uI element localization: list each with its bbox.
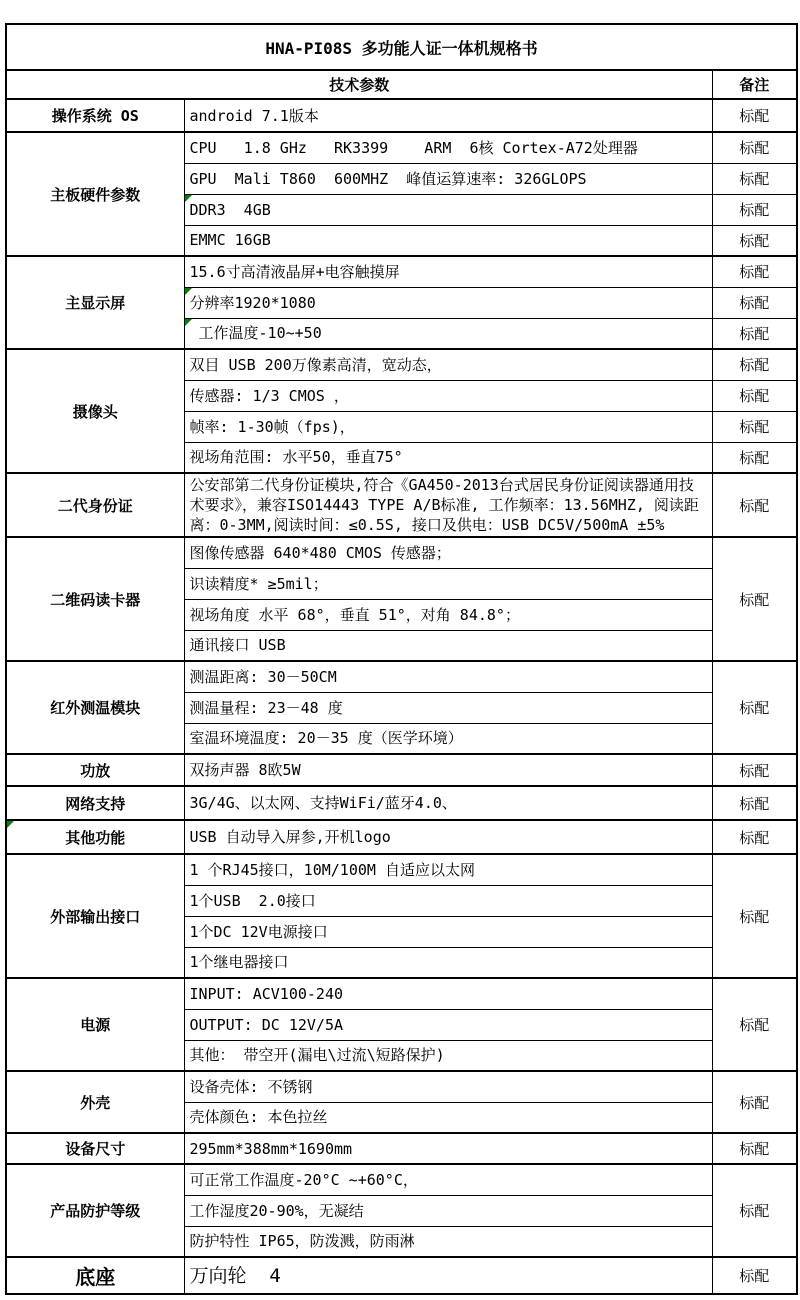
note-cell: 标配 (712, 287, 797, 318)
section-label-display: 主显示屏 (6, 256, 184, 349)
note-cell: 标配 (712, 163, 797, 194)
section-label-network: 网络支持 (6, 786, 184, 820)
note-cell: 标配 (712, 786, 797, 820)
cell-corner-marker-icon (185, 195, 192, 202)
spec-cell: android 7.1版本 (184, 99, 712, 132)
spec-cell: CPU 1.8 GHz RK3399 ARM 6核 Cortex-A72处理器 (184, 132, 712, 163)
spec-cell: 视场角度 水平 68°，垂直 51°，对角 84.8°； (184, 599, 712, 630)
section-label-mainboard: 主板硬件参数 (6, 132, 184, 256)
section-label-dimensions: 设备尺寸 (6, 1133, 184, 1164)
section-label-other-functions: 其他功能 (6, 820, 184, 854)
spec-cell: 万向轮 4 (184, 1257, 712, 1294)
table-row: 设备尺寸 295mm*388mm*1690mm 标配 (6, 1133, 797, 1164)
spec-cell: 工作温度-10~+50 (184, 318, 712, 349)
note-cell: 标配 (712, 318, 797, 349)
cell-corner-marker-icon (185, 288, 192, 295)
table-row: 红外测温模块 测温距离: 30－50CM 标配 (6, 661, 797, 692)
note-cell: 标配 (712, 473, 797, 537)
title-row: HNA-PI08S 多功能人证一体机规格书 (6, 24, 797, 70)
spec-cell: 识读精度* ≥5mil； (184, 568, 712, 599)
spec-cell: 分辨率1920*1080 (184, 287, 712, 318)
note-cell: 标配 (712, 132, 797, 163)
note-cell: 标配 (712, 820, 797, 854)
section-label-text: 其他功能 (65, 829, 125, 847)
table-row: 电源 INPUT: ACV100-240 标配 (6, 978, 797, 1009)
cell-corner-marker-icon (185, 319, 192, 326)
note-cell: 标配 (712, 225, 797, 256)
spec-cell: 可正常工作温度-20°C ~+60°C， (184, 1164, 712, 1195)
spec-cell: 1个USB 2.0接口 (184, 885, 712, 916)
table-row: 操作系统 OS android 7.1版本 标配 (6, 99, 797, 132)
spec-text: 工作温度-10~+50 (190, 324, 322, 342)
note-cell: 标配 (712, 661, 797, 754)
note-cell: 标配 (712, 99, 797, 132)
spec-cell: 图像传感器 640*480 CMOS 传感器； (184, 537, 712, 568)
spec-cell: 帧率: 1-30帧（fps)， (184, 411, 712, 442)
table-row: 主板硬件参数 CPU 1.8 GHz RK3399 ARM 6核 Cortex-… (6, 132, 797, 163)
spec-cell: 室温环境温度: 20－35 度（医学环境） (184, 723, 712, 754)
table-row: 外壳 设备壳体: 不锈钢 标配 (6, 1071, 797, 1102)
table-row: 主显示屏 15.6寸高清液晶屏+电容触摸屏 标配 (6, 256, 797, 287)
section-label-power: 电源 (6, 978, 184, 1071)
spec-cell: 公安部第二代身份证模块,符合《GA450-2013台式居民身份证阅读器通用技术要… (184, 473, 712, 537)
spec-text: 分辨率1920*1080 (190, 294, 316, 312)
spec-cell: 设备壳体: 不锈钢 (184, 1071, 712, 1102)
spec-cell: INPUT: ACV100-240 (184, 978, 712, 1009)
table-row: 网络支持 3G/4G、以太网、支持WiFi/蓝牙4.0、 标配 (6, 786, 797, 820)
note-cell: 标配 (712, 854, 797, 978)
spec-cell: 1 个RJ45接口，10M/100M 自适应以太网 (184, 854, 712, 885)
spec-cell: EMMC 16GB (184, 225, 712, 256)
section-label-housing: 外壳 (6, 1071, 184, 1133)
spec-cell: 通讯接口 USB (184, 630, 712, 661)
cell-corner-marker-icon (7, 821, 14, 828)
table-row: 其他功能 USB 自动导入屏参,开机logo 标配 (6, 820, 797, 854)
spec-cell: 1个继电器接口 (184, 947, 712, 978)
table-row: 外部输出接口 1 个RJ45接口，10M/100M 自适应以太网 标配 (6, 854, 797, 885)
spec-cell: 测温量程: 23－48 度 (184, 692, 712, 723)
spec-cell: 防护特性 IP65，防泼溅，防雨淋 (184, 1226, 712, 1257)
spec-cell: DDR3 4GB (184, 194, 712, 225)
section-label-qr-reader: 二维码读卡器 (6, 537, 184, 661)
note-cell: 标配 (712, 754, 797, 786)
spec-sheet: HNA-PI08S 多功能人证一体机规格书 技术参数 备注 操作系统 OS an… (0, 0, 800, 1300)
header-row: 技术参数 备注 (6, 70, 797, 99)
spec-cell: 15.6寸高清液晶屏+电容触摸屏 (184, 256, 712, 287)
spec-cell: 壳体颜色: 本色拉丝 (184, 1102, 712, 1133)
section-label-base: 底座 (6, 1257, 184, 1294)
note-cell: 标配 (712, 380, 797, 411)
note-cell: 标配 (712, 1071, 797, 1133)
spec-cell: 工作湿度20-90%，无凝结 (184, 1195, 712, 1226)
spec-cell: 测温距离: 30－50CM (184, 661, 712, 692)
note-cell: 标配 (712, 1133, 797, 1164)
section-label-ir-temp: 红外测温模块 (6, 661, 184, 754)
note-cell: 标配 (712, 411, 797, 442)
column-header-note: 备注 (712, 70, 797, 99)
spec-text: DDR3 4GB (190, 201, 271, 219)
section-label-amplifier: 功放 (6, 754, 184, 786)
section-label-external-ports: 外部输出接口 (6, 854, 184, 978)
note-cell: 标配 (712, 1257, 797, 1294)
table-row: 二维码读卡器 图像传感器 640*480 CMOS 传感器； 标配 (6, 537, 797, 568)
column-header-tech-params: 技术参数 (6, 70, 712, 99)
spec-cell: 295mm*388mm*1690mm (184, 1133, 712, 1164)
section-label-protection: 产品防护等级 (6, 1164, 184, 1257)
table-row: 底座 万向轮 4 标配 (6, 1257, 797, 1294)
spec-table: HNA-PI08S 多功能人证一体机规格书 技术参数 备注 操作系统 OS an… (5, 23, 798, 1295)
spec-cell: 1个DC 12V电源接口 (184, 916, 712, 947)
page-title: HNA-PI08S 多功能人证一体机规格书 (6, 24, 797, 70)
spec-cell: 视场角范围: 水平50，垂直75° (184, 442, 712, 473)
spec-cell: USB 自动导入屏参,开机logo (184, 820, 712, 854)
section-label-camera: 摄像头 (6, 349, 184, 473)
note-cell: 标配 (712, 978, 797, 1071)
spec-cell: OUTPUT: DC 12V/5A (184, 1009, 712, 1040)
table-row: 二代身份证 公安部第二代身份证模块,符合《GA450-2013台式居民身份证阅读… (6, 473, 797, 537)
note-cell: 标配 (712, 194, 797, 225)
table-row: 功放 双扬声器 8欧5W 标配 (6, 754, 797, 786)
table-row: 产品防护等级 可正常工作温度-20°C ~+60°C， 标配 (6, 1164, 797, 1195)
note-cell: 标配 (712, 1164, 797, 1257)
section-label-os: 操作系统 OS (6, 99, 184, 132)
table-row: 摄像头 双目 USB 200万像素高清，宽动态， 标配 (6, 349, 797, 380)
spec-cell: 传感器: 1/3 CMOS ， (184, 380, 712, 411)
section-label-id-card: 二代身份证 (6, 473, 184, 537)
note-cell: 标配 (712, 256, 797, 287)
note-cell: 标配 (712, 442, 797, 473)
spec-cell: 3G/4G、以太网、支持WiFi/蓝牙4.0、 (184, 786, 712, 820)
note-cell: 标配 (712, 349, 797, 380)
spec-cell: 其他： 带空开(漏电\过流\短路保护) (184, 1040, 712, 1071)
spec-cell: GPU Mali T860 600MHZ 峰值运算速率: 326GLOPS (184, 163, 712, 194)
spec-cell: 双目 USB 200万像素高清，宽动态， (184, 349, 712, 380)
spec-cell: 双扬声器 8欧5W (184, 754, 712, 786)
note-cell: 标配 (712, 537, 797, 661)
